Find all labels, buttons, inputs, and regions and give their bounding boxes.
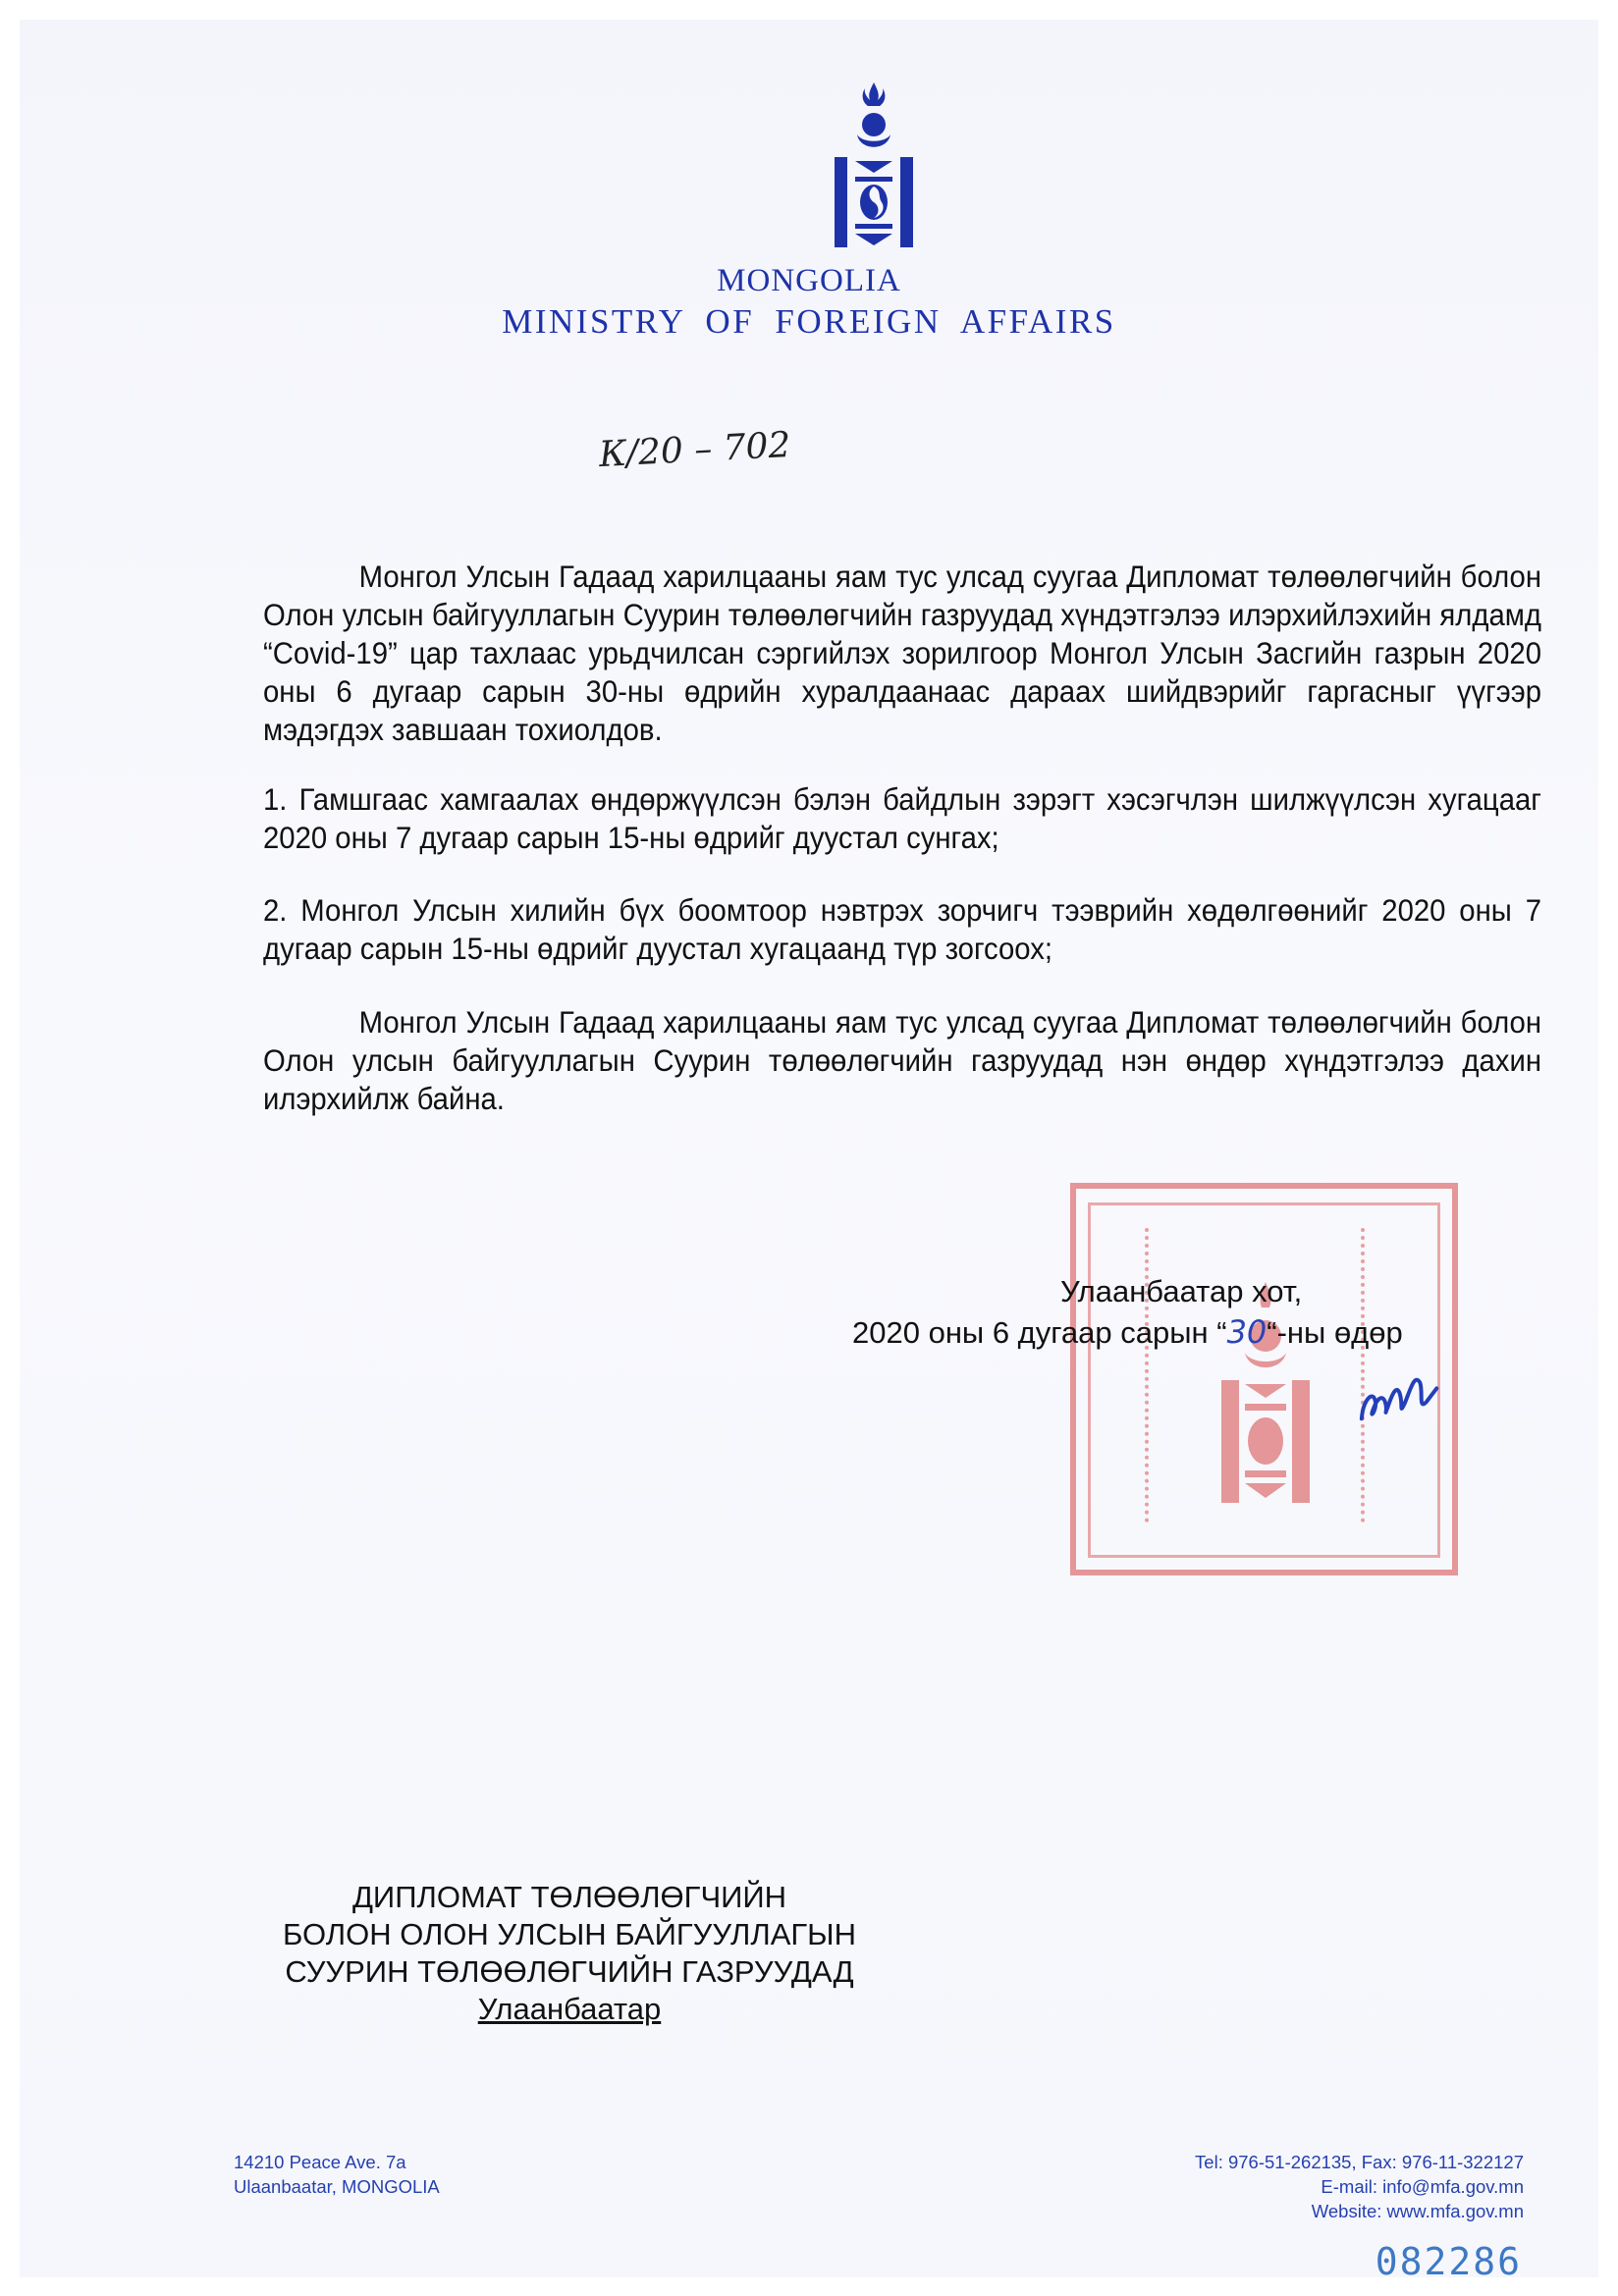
body-paragraph-intro: Монгол Улсын Гадаад харилцааны яам тус у… bbox=[263, 558, 1541, 749]
ministry-title: MINISTRY OF FOREIGN AFFAIRS bbox=[0, 302, 1618, 342]
website-link[interactable]: Website: www.mfa.gov.mn bbox=[1195, 2199, 1524, 2223]
recipient-line-2: БОЛОН ОЛОН УЛСЫН БАЙГУУЛЛАГЫН bbox=[216, 1916, 923, 1953]
date-prefix: 2020 оны 6 дугаар сарын “ bbox=[852, 1315, 1227, 1350]
signature-mark bbox=[1349, 1361, 1444, 1431]
date-day-handwritten: 30 bbox=[1227, 1313, 1267, 1351]
footer-address: 14210 Peace Ave. 7a Ulaanbaatar, MONGOLI… bbox=[234, 2150, 440, 2199]
soyombo-emblem-icon bbox=[825, 80, 923, 252]
decision-item-1: 1. Гамшгаас хамгаалах өндөржүүлсэн бэлэн… bbox=[263, 780, 1541, 857]
footer-contacts: Tel: 976-51-262135, Fax: 976-11-322127 E… bbox=[1195, 2150, 1524, 2223]
recipient-line-3: СУУРИН ТӨЛӨӨЛӨГЧИЙН ГАЗРУУДАД bbox=[216, 1953, 923, 1991]
dateline-date: 2020 оны 6 дугаар сарын “30“-ны өдөр bbox=[852, 1313, 1403, 1351]
seal-script-left bbox=[1145, 1228, 1178, 1522]
body-paragraph-intro-text: Монгол Улсын Гадаад харилцааны яам тус у… bbox=[263, 559, 1541, 747]
country-title: MONGOLIA bbox=[0, 263, 1618, 299]
body-paragraph-closing-text: Монгол Улсын Гадаад харилцааны яам тус у… bbox=[263, 1004, 1541, 1116]
recipient-block: ДИПЛОМАТ ТӨЛӨӨЛӨГЧИЙН БОЛОН ОЛОН УЛСЫН Б… bbox=[216, 1879, 923, 2028]
address-line-2: Ulaanbaatar, MONGOLIA bbox=[234, 2174, 440, 2199]
recipient-city: Улаанбаатар bbox=[216, 1991, 923, 2028]
address-line-1: 14210 Peace Ave. 7a bbox=[234, 2150, 440, 2174]
dateline-place: Улаанбаатар хот, bbox=[1060, 1274, 1302, 1309]
recipient-line-1: ДИПЛОМАТ ТӨЛӨӨЛӨГЧИЙН bbox=[216, 1879, 923, 1916]
decision-item-2: 2. Монгол Улсын хилийн бүх боомтоор нэвт… bbox=[263, 891, 1541, 968]
body-paragraph-closing: Монгол Улсын Гадаад харилцааны яам тус у… bbox=[263, 1003, 1541, 1118]
email-link[interactable]: E-mail: info@mfa.gov.mn bbox=[1195, 2174, 1524, 2199]
phone-fax: Tel: 976-51-262135, Fax: 976-11-322127 bbox=[1195, 2150, 1524, 2174]
serial-number-stamp: 082286 bbox=[1375, 2240, 1522, 2283]
date-suffix: “-ны өдөр bbox=[1267, 1315, 1402, 1350]
